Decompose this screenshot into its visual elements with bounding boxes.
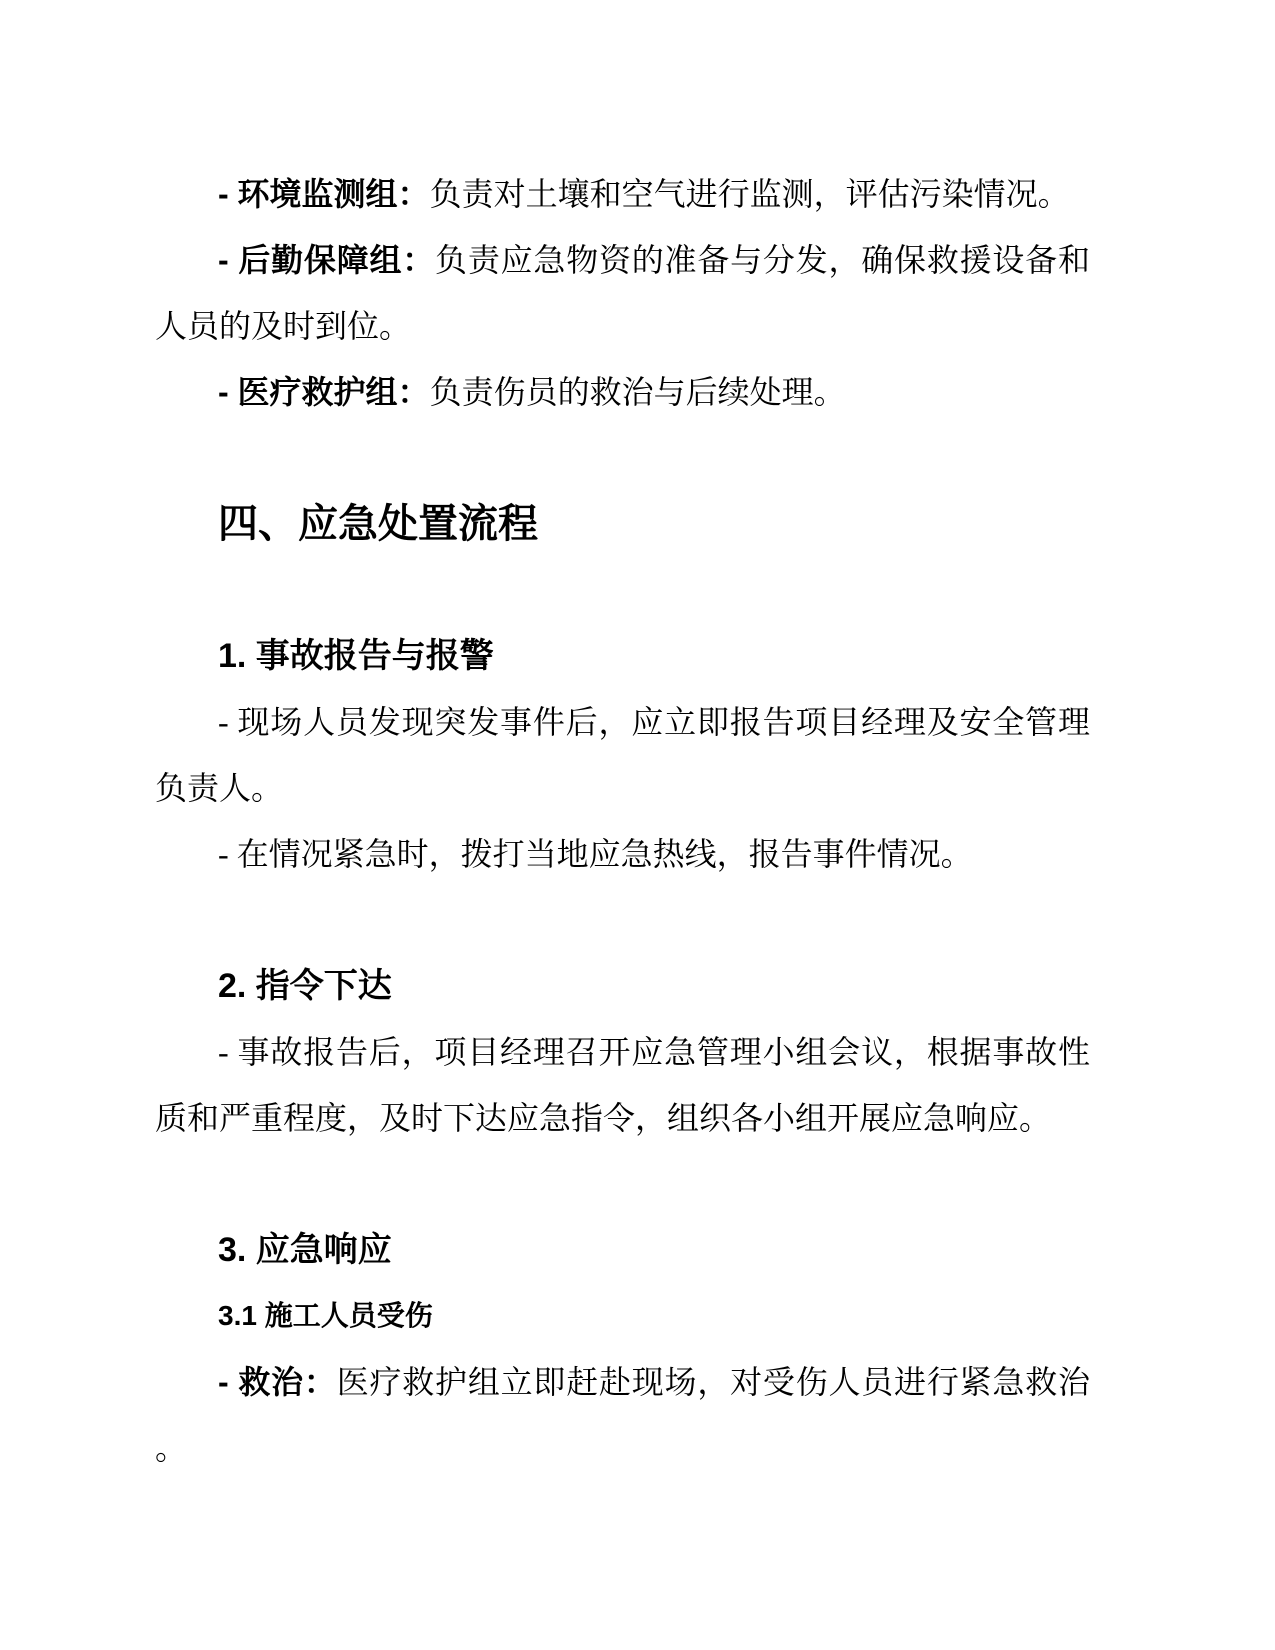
bullet-text: 负责伤员的救治与后续处理。: [430, 374, 846, 410]
bullet-bold-label: - 医疗救护组：: [218, 374, 430, 410]
paragraph-rescue-treatment-line1: - 救治：医疗救护组立即赶赴现场，对受伤人员进行紧急救治: [155, 1349, 1090, 1415]
blank-line: [155, 557, 1090, 623]
bullet-text: 负责对土壤和空气进行监测，评估污染情况。: [430, 176, 1070, 212]
section-heading-emergency-disposal-process: 四、应急处置流程: [155, 491, 1090, 557]
subsubsection-heading-worker-injury: 3.1 施工人员受伤: [155, 1283, 1090, 1349]
bullet-bold-label: - 环境监测组：: [218, 176, 430, 212]
paragraph-env-monitoring-group: - 环境监测组：负责对土壤和空气进行监测，评估污染情况。: [155, 161, 1090, 227]
paragraph-command-meeting-line2: 质和严重程度，及时下达应急指令，组织各小组开展应急响应。: [155, 1085, 1090, 1151]
subsection-heading-accident-report-alarm: 1. 事故报告与报警: [155, 623, 1090, 689]
subsection-heading-command-issuance: 2. 指令下达: [155, 953, 1090, 1019]
paragraph-onsite-report-line1: - 现场人员发现突发事件后，应立即报告项目经理及安全管理: [155, 689, 1090, 755]
subsection-heading-emergency-response: 3. 应急响应: [155, 1217, 1090, 1283]
bullet-bold-label: - 救治：: [218, 1364, 337, 1400]
paragraph-emergency-hotline: - 在情况紧急时，拨打当地应急热线，报告事件情况。: [155, 821, 1090, 887]
paragraph-onsite-report-line2: 负责人。: [155, 755, 1090, 821]
document-page: - 环境监测组：负责对土壤和空气进行监测，评估污染情况。 - 后勤保障组：负责应…: [0, 0, 1275, 1650]
bullet-text: 负责应急物资的准备与分发，确保救援设备和: [435, 242, 1090, 278]
blank-line: [155, 1151, 1090, 1217]
paragraph-logistics-group-line1: - 后勤保障组：负责应急物资的准备与分发，确保救援设备和: [155, 227, 1090, 293]
paragraph-logistics-group-line2: 人员的及时到位。: [155, 293, 1090, 359]
bullet-bold-label: - 后勤保障组：: [218, 242, 435, 278]
blank-line: [155, 425, 1090, 491]
blank-line: [155, 887, 1090, 953]
paragraph-rescue-treatment-line2: 。: [155, 1415, 1090, 1481]
paragraph-command-meeting-line1: - 事故报告后，项目经理召开应急管理小组会议，根据事故性: [155, 1019, 1090, 1085]
bullet-text: 医疗救护组立即赶赴现场，对受伤人员进行紧急救治: [337, 1364, 1090, 1400]
paragraph-medical-rescue-group: - 医疗救护组：负责伤员的救治与后续处理。: [155, 359, 1090, 425]
